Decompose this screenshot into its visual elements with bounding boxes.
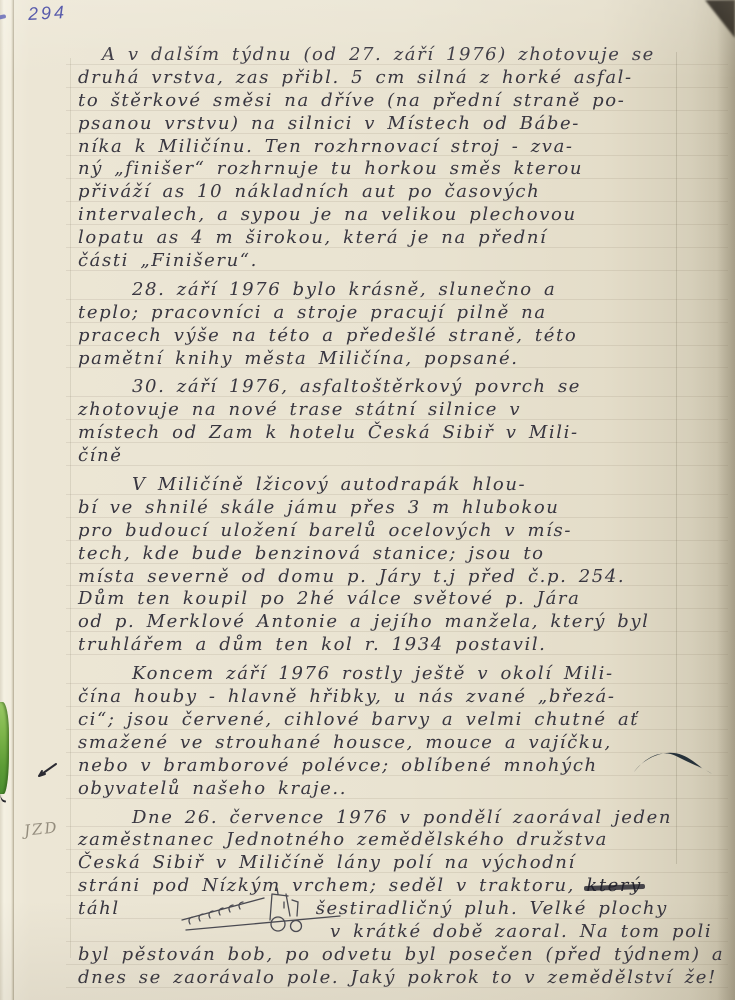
photo-corner-shadow — [705, 0, 735, 38]
manuscript-line: bí ve shnilé skále jámu přes 3 m hluboko… — [78, 497, 718, 520]
manuscript-line: od p. Merklové Antonie a jejího manžela,… — [78, 611, 718, 634]
manuscript-line: Dům ten koupil po 2hé válce světové p. J… — [78, 588, 718, 611]
margin-checkmark-icon — [34, 762, 58, 784]
manuscript-line: ci“; jsou červené, cihlové barvy a velmi… — [78, 709, 718, 732]
manuscript-line: přiváží as 10 nákladních aut po časových — [78, 181, 718, 204]
manuscript-line: teplo; pracovníci a stroje pracují pilně… — [78, 302, 718, 325]
manuscript-line: táhlšestiradličný pluh. Velké plochy — [78, 898, 718, 921]
struck-out-word: který — [586, 875, 642, 896]
manuscript-line: psanou vrstvu) na silnici v Místech od B… — [78, 113, 718, 136]
manuscript-line: 30. září 1976, asfaltoštěrkový povrch se — [78, 376, 718, 399]
paragraph: 28. září 1976 bylo krásně, slunečno a te… — [78, 279, 718, 371]
manuscript-line: číně — [78, 445, 718, 468]
manuscript-line: V Miličíně lžicový autodrapák hlou- — [78, 474, 718, 497]
paragraph: V Miličíně lžicový autodrapák hlou- bí v… — [78, 474, 718, 657]
chronicle-page: 294 JZD A v dalším týdnu (od 27. září 19… — [0, 0, 735, 1000]
left-margin-rule — [70, 58, 71, 958]
manuscript-line: druhá vrstva, zas přibl. 5 cm silná z ho… — [78, 67, 718, 90]
manuscript-line: Česká Sibiř v Miličíně lány polí na vých… — [78, 852, 718, 875]
page-number: 294 — [27, 2, 67, 25]
manuscript-line: pamětní knihy města Miličína, popsané. — [78, 348, 718, 371]
manuscript-line: obyvatelů našeho kraje.. — [78, 778, 718, 801]
manuscript-line: lopatu as 4 m širokou, která je na předn… — [78, 227, 718, 250]
manuscript-line: tech, kde bude benzinová stanice; jsou t… — [78, 543, 718, 566]
paragraph: Koncem září 1976 rostly ještě v okolí Mi… — [78, 663, 718, 800]
paragraph: A v dalším týdnu (od 27. září 1976) zhot… — [78, 44, 718, 273]
manuscript-line: to štěrkové směsi na dříve (na přední st… — [78, 90, 718, 113]
manuscript-line: místa severně od domu p. Járy t.j před č… — [78, 566, 718, 589]
manuscript-line: A v dalším týdnu (od 27. září 1976) zhot… — [78, 44, 718, 67]
tractor-plough-sketch — [180, 886, 350, 948]
manuscript-line: pro budoucí uložení barelů ocelových v m… — [78, 520, 718, 543]
manuscript-line: intervalech, a sypou je na velikou plech… — [78, 204, 718, 227]
manuscript-line: truhlářem a dům ten kol r. 1934 postavil… — [78, 634, 718, 657]
manuscript-line: čína houby - hlavně hřibky, u nás zvané … — [78, 686, 718, 709]
margin-note-jzd: JZD — [23, 818, 59, 840]
manuscript-line-segment: táhl — [78, 898, 120, 919]
manuscript-line: místech od Zam k hotelu Česká Sibiř v Mi… — [78, 422, 718, 445]
manuscript-line: níka k Miličínu. Ten rozhrnovací stroj -… — [78, 136, 718, 159]
manuscript-line: dnes se zaorávalo pole. Jaký pokrok to v… — [78, 967, 718, 990]
manuscript-line: 28. září 1976 bylo krásně, slunečno a — [78, 279, 718, 302]
ink-smudge — [632, 748, 714, 782]
page-binding-edge — [0, 0, 14, 1000]
manuscript-line: pracech výše na této a předešlé straně, … — [78, 325, 718, 348]
manuscript-line: části „Finišeru“. — [78, 250, 718, 273]
manuscript-line: zaměstnanec Jednotného zemědělského druž… — [78, 829, 718, 852]
manuscript-text: A v dalším týdnu (od 27. září 1976) zhot… — [78, 44, 718, 996]
paragraph: 30. září 1976, asfaltoštěrkový povrch se… — [78, 376, 718, 468]
manuscript-line: stráni pod Nízkým vrchem; seděl v trakto… — [78, 875, 718, 898]
manuscript-line: byl pěstován bob, po odvetu byl posečen … — [78, 944, 718, 967]
manuscript-line: nebo v bramborové polévce; oblíbené mnoh… — [78, 755, 718, 778]
manuscript-line: smažené ve strouhané housce, mouce a vaj… — [78, 732, 718, 755]
manuscript-line: Dne 26. července 1976 v pondělí zaorával… — [78, 807, 718, 830]
manuscript-line: zhotovuje na nové trase státní silnice v — [78, 399, 718, 422]
paragraph: Dne 26. července 1976 v pondělí zaorával… — [78, 807, 718, 990]
manuscript-line: Koncem září 1976 rostly ještě v okolí Mi… — [78, 663, 718, 686]
manuscript-line-segment: šestiradličný pluh. Velké plochy — [316, 898, 668, 919]
manuscript-line: v krátké době zaoral. Na tom poli — [78, 921, 718, 944]
manuscript-line: ný „finišer“ rozhrnuje tu horkou směs kt… — [78, 158, 718, 181]
